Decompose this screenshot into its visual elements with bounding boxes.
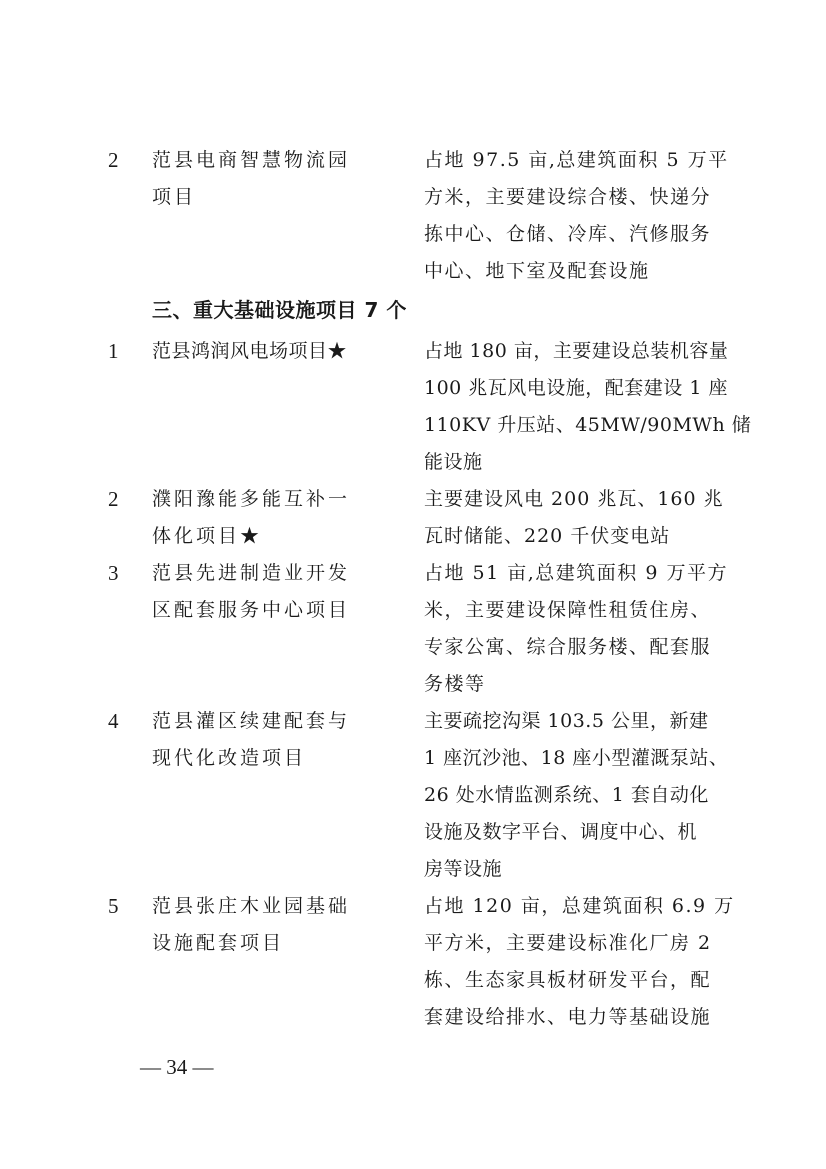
project-description-line: 方米，主要建设综合楼、快递分 [424,179,744,216]
project-name: 濮阳豫能多能互补一 体化项目★ [152,481,377,555]
project-description-line: 占地 180 亩，主要建设总装机容量 [424,333,744,370]
project-number: 4 [108,703,132,740]
project-description-line: 米，主要建设保障性租赁住房、 [424,592,744,629]
project-description-line: 务楼等 [424,666,744,703]
project-description: 占地 97.5 亩,总建筑面积 5 万平 方米，主要建设综合楼、快递分 拣中心、… [424,142,744,290]
project-name-line: 范县先进制造业开发 [152,555,377,592]
project-name-line: 区配套服务中心项目 [152,592,377,629]
project-name: 范县电商智慧物流园 项目 [152,142,377,216]
project-description-line: 平方米，主要建设标准化厂房 2 [424,925,744,962]
project-name-line: 范县电商智慧物流园 [152,142,377,179]
project-description-line: 能设施 [424,444,744,481]
project-description-line: 26 处水情监测系统、1 套自动化 [424,777,744,814]
project-description-line: 主要建设风电 200 兆瓦、160 兆 [424,481,744,518]
project-number: 2 [108,142,132,179]
project-name: 范县先进制造业开发 区配套服务中心项目 [152,555,377,629]
project-description-line: 110KV 升压站、45MW/90MWh 储 [424,407,744,444]
project-description: 占地 51 亩,总建筑面积 9 万平方 米，主要建设保障性租赁住房、 专家公寓、… [424,555,744,703]
project-description-line: 1 座沉沙池、18 座小型灌溉泵站、 [424,740,744,777]
project-description-line: 100 兆瓦风电设施，配套建设 1 座 [424,370,744,407]
project-description-line: 主要疏挖沟渠 103.5 公里，新建 [424,703,744,740]
project-description-line: 中心、地下室及配套设施 [424,253,744,290]
project-name-line: 范县张庄木业园基础 [152,888,377,925]
project-description-line: 占地 97.5 亩,总建筑面积 5 万平 [424,142,744,179]
project-description: 主要建设风电 200 兆瓦、160 兆 瓦时储能、220 千伏变电站 [424,481,744,555]
project-description-line: 占地 51 亩,总建筑面积 9 万平方 [424,555,744,592]
project-number: 2 [108,481,132,518]
document-page: 2 范县电商智慧物流园 项目 占地 97.5 亩,总建筑面积 5 万平 方米，主… [0,0,826,1169]
project-description-line: 房等设施 [424,851,744,888]
project-name: 范县灌区续建配套与 现代化改造项目 [152,703,377,777]
project-name-line: 范县鸿润风电场项目★ [152,333,377,370]
project-name-line: 范县灌区续建配套与 [152,703,377,740]
project-description: 占地 180 亩，主要建设总装机容量 100 兆瓦风电设施，配套建设 1 座 1… [424,333,744,481]
project-description-line: 专家公寓、综合服务楼、配套服 [424,629,744,666]
project-description-line: 套建设给排水、电力等基础设施 [424,999,744,1036]
project-description-line: 栋、生态家具板材研发平台，配 [424,962,744,999]
page-number: — 34 — [140,1052,214,1082]
project-description-line: 瓦时储能、220 千伏变电站 [424,518,744,555]
project-name: 范县张庄木业园基础 设施配套项目 [152,888,377,962]
project-description-line: 占地 120 亩，总建筑面积 6.9 万 [424,888,744,925]
project-description-line: 设施及数字平台、调度中心、机 [424,814,744,851]
project-number: 3 [108,555,132,592]
project-name: 范县鸿润风电场项目★ [152,333,377,370]
project-description: 占地 120 亩，总建筑面积 6.9 万 平方米，主要建设标准化厂房 2 栋、生… [424,888,744,1036]
project-description: 主要疏挖沟渠 103.5 公里，新建 1 座沉沙池、18 座小型灌溉泵站、 26… [424,703,744,888]
project-name-line: 体化项目★ [152,518,377,555]
project-name-line: 现代化改造项目 [152,740,377,777]
project-number: 5 [108,888,132,925]
project-number: 1 [108,333,132,370]
project-name-line: 设施配套项目 [152,925,377,962]
project-description-line: 拣中心、仓储、冷库、汽修服务 [424,216,744,253]
section-heading: 三、重大基础设施项目 7 个 [152,292,407,329]
project-name-line: 项目 [152,179,377,216]
project-name-line: 濮阳豫能多能互补一 [152,481,377,518]
